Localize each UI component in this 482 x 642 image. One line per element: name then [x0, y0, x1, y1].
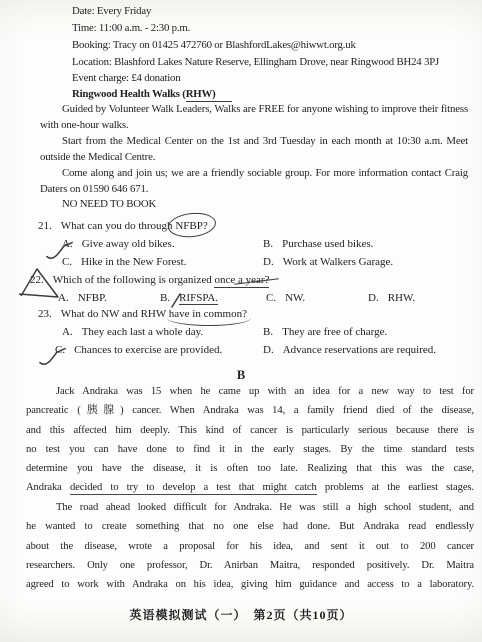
q21-option-b: B.Purchase used bikes. [263, 238, 373, 250]
q22-option-a: A.NFBP. [58, 292, 107, 304]
q21-option-a: A.Give away old bikes. [62, 238, 175, 250]
q22-b-text: RIFSPA. [179, 292, 218, 305]
notice-booking-line: Booking: Tracy on 01425 472760 or Blashf… [72, 39, 356, 51]
q22-option-b: B.RIFSPA. [160, 292, 218, 304]
q22-d-label: D. [368, 292, 379, 304]
q23-option-c: C.Chances to exercise are provided. [55, 344, 222, 356]
q23-b-text: They are free of charge. [282, 326, 387, 338]
question-21-number: 21. [38, 220, 52, 232]
q21-c-label: C. [62, 256, 72, 268]
q21-c-text: Hike in the New Forest. [81, 256, 186, 268]
q23-option-d: D.Advance reservations are required. [263, 344, 436, 356]
q23-b-label: B. [263, 326, 273, 338]
q23-option-a: A.They each last a whole day. [62, 326, 203, 338]
q23-c-tick-mark [38, 347, 68, 367]
q23-c-text: Chances to exercise are provided. [74, 344, 222, 356]
passage-line: no test you can have done to find it in … [26, 440, 474, 459]
q22-a-label: A. [58, 292, 69, 304]
passage-line: he wanted to create something that no on… [26, 517, 474, 536]
notice-paragraph-guided: Guided by Volunteer Walk Leaders, Walks … [40, 101, 468, 133]
q23-d-text: Advance reservations are required. [283, 344, 436, 356]
notice-charge-line: Event charge: £4 donation [72, 72, 180, 84]
question-21-stem: 21.What can you do through NFBP? [38, 220, 208, 232]
q21-d-label: D. [263, 256, 274, 268]
notice-date-line: Date: Every Friday [72, 5, 151, 17]
passage-line: researchers. Only one professor, Dr. Ani… [26, 556, 474, 575]
notice-location-line: Location: Blashford Lakes Nature Reserve… [72, 56, 439, 68]
no-need-to-book-line: NO NEED TO BOOK [62, 198, 156, 210]
have-in-common-underline-annotation: have in common? [169, 308, 247, 320]
page-footer: 英语模拟测试（一） 第2页（共10页） [0, 606, 482, 623]
passage-line: Andraka decided to try to develop a test… [26, 478, 474, 497]
question-23-number: 23. [38, 308, 52, 320]
question-22-stem: 22.Which of the following is organized o… [30, 274, 269, 286]
q22-b-slash-mark [170, 292, 182, 308]
q21-b-label: B. [263, 238, 273, 250]
passage-paragraph-2: The road ahead looked difficult for Andr… [26, 498, 474, 594]
exam-page-scan: Date: Every Friday Time: 11:00 a.m. - 2:… [0, 0, 482, 642]
question-23-text: What do NW and RHW [61, 308, 169, 320]
q22-a-text: NFBP. [78, 292, 107, 304]
section-b-label: B [0, 368, 482, 383]
rhw-underline-annotation: RHW) [186, 88, 232, 102]
rhw-heading: Ringwood Health Walks (RHW) [72, 88, 232, 100]
passage-line: determine you have the disease, it is of… [26, 459, 474, 478]
rhw-heading-text: Ringwood Health Walks ( [72, 88, 186, 100]
q23-d-label: D. [263, 344, 274, 356]
passage-line: pancreatic (胰腺) cancer. When Andraka was… [26, 401, 474, 420]
passage-paragraph-1: Jack Andraka was 15 when he came up with… [26, 382, 474, 498]
question-23-stem: 23.What do NW and RHW have in common? [38, 308, 247, 320]
q23-a-label: A. [62, 326, 73, 338]
q22-triangle-mark [17, 266, 63, 302]
q22-b-label: B. [160, 292, 170, 304]
q23-a-text: They each last a whole day. [82, 326, 203, 338]
q21-option-c: C.Hike in the New Forest. [62, 256, 187, 268]
q21-option-d: D.Work at Walkers Garage. [263, 256, 393, 268]
nfbp-circle-annotation: NFBP? [175, 220, 207, 232]
passage-line-segment: problems at the earliest stages. [317, 482, 474, 493]
notice-paragraph-start: Start from the Medical Center on the 1st… [40, 133, 468, 165]
notice-paragraph-come: Come along and join us; we are a friendl… [40, 165, 468, 197]
passage-line: and this affected him deeply. This kind … [26, 421, 474, 440]
question-21-text: What can you do through [61, 220, 176, 232]
q22-d-text: RHW. [388, 292, 415, 304]
passage-line: Jack Andraka was 15 when he came up with… [26, 382, 474, 401]
passage-line-segment: Andraka [26, 482, 70, 493]
q22-c-label: C. [266, 292, 276, 304]
q22-c-text: NW. [285, 292, 305, 304]
notice-time-line: Time: 11:00 a.m. - 2:30 p.m. [72, 22, 190, 34]
q23-option-b: B.They are free of charge. [263, 326, 387, 338]
question-22-text: Which of the following is organized [53, 274, 215, 286]
passage-line: agreed to work with Andraka on his idea,… [26, 575, 474, 594]
q21-b-text: Purchase used bikes. [282, 238, 373, 250]
q21-d-text: Work at Walkers Garage. [283, 256, 393, 268]
passage-line: about the disease, wrote a proposal for … [26, 537, 474, 556]
passage-line: The road ahead looked difficult for Andr… [26, 498, 474, 517]
q21-a-text: Give away old bikes. [82, 238, 175, 250]
once-a-year-underline-annotation: once a year? [214, 274, 269, 288]
pencil-underline-annotation: decided to try to develop a test that mi… [70, 482, 317, 495]
q22-option-d: D.RHW. [368, 292, 415, 304]
q22-option-c: C.NW. [266, 292, 305, 304]
